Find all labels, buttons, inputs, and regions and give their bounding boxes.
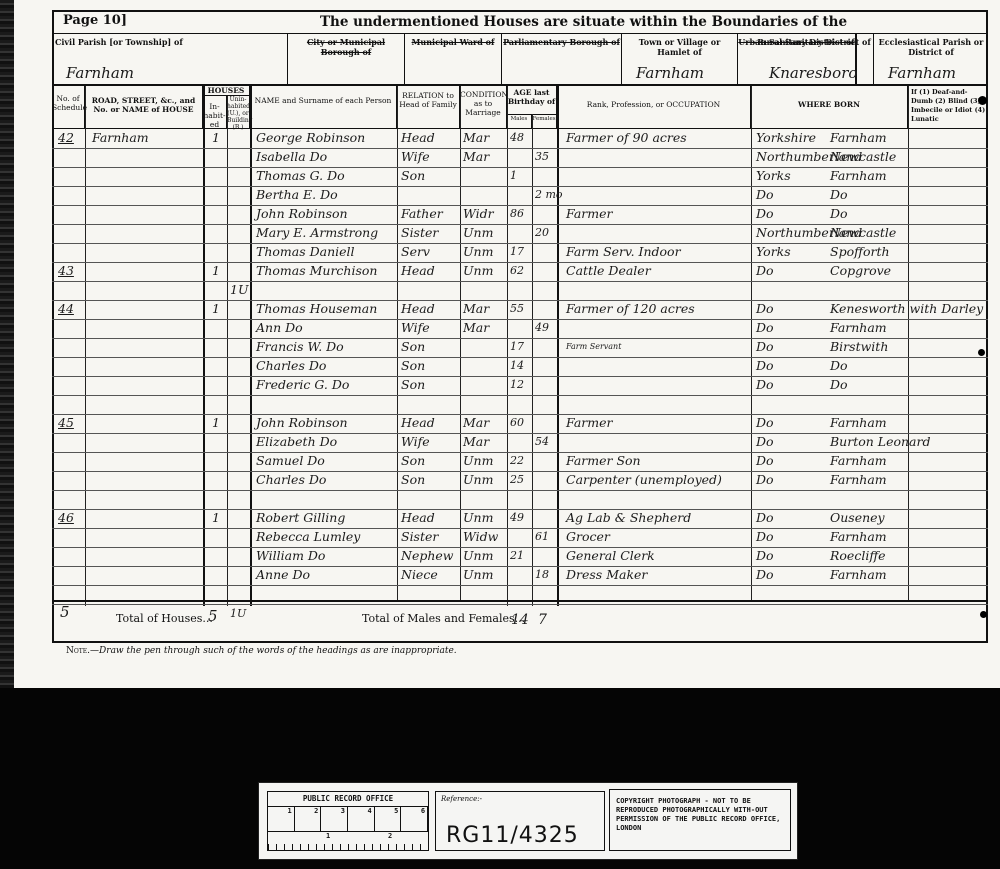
relation-cell: Son xyxy=(401,472,425,488)
ruler: 1 2 xyxy=(268,832,428,850)
female-age-cell: 61 xyxy=(535,529,549,545)
col-relation: RELATION to Head of Family xyxy=(397,86,460,128)
scale-number: 4 xyxy=(348,807,375,831)
scale-number: 1 xyxy=(268,807,295,831)
born-county-cell: Do xyxy=(756,472,774,488)
boundary-label: Municipal Ward of xyxy=(405,34,501,47)
female-age-cell: 54 xyxy=(535,434,549,450)
relation-cell: Nephew xyxy=(401,548,453,564)
col-infirmity: If (1) Deaf-and-Dumb (2) Blind (3) Imbec… xyxy=(908,86,988,128)
born-place-cell: Do xyxy=(830,358,848,374)
male-age-cell: 86 xyxy=(510,206,524,222)
born-county-cell: Do xyxy=(756,453,774,469)
born-place-cell: Farnham xyxy=(830,567,887,583)
name-cell: Isabella Do xyxy=(256,149,327,165)
condition-cell: Unm xyxy=(463,567,493,583)
condition-cell: Widr xyxy=(463,206,494,222)
column-divider xyxy=(227,96,228,606)
inhabited-cell: 1 xyxy=(212,415,220,431)
scale-number: 6 xyxy=(401,807,428,831)
page-number: Page 10] xyxy=(63,13,127,28)
name-cell: Thomas Houseman xyxy=(256,301,377,317)
note-prefix: Note. xyxy=(66,646,90,656)
male-age-cell: 22 xyxy=(510,453,524,469)
name-cell: Thomas Murchison xyxy=(256,263,377,279)
relation-cell: Serv xyxy=(401,244,430,260)
male-age-cell: 48 xyxy=(510,130,524,146)
occupation-cell: Farm Serv. Indoor xyxy=(566,244,681,260)
condition-cell: Mar xyxy=(463,434,489,450)
occupation-cell: Dress Maker xyxy=(566,567,647,583)
name-cell: Thomas Daniell xyxy=(256,244,355,260)
relation-cell: Sister xyxy=(401,225,438,241)
pro-reference-slip: PUBLIC RECORD OFFICE 1 2 3 4 5 6 1 2 Ref… xyxy=(258,782,798,860)
row-divider xyxy=(52,604,988,605)
boundary-value: Farnham xyxy=(66,64,134,82)
born-county-cell: Do xyxy=(756,415,774,431)
boundary-label: Town or Village or Hamlet of xyxy=(622,34,737,57)
col-houses: HOUSES xyxy=(203,86,250,96)
born-county-cell: Do xyxy=(756,434,774,450)
column-divider xyxy=(397,86,398,600)
female-age-cell: 49 xyxy=(535,320,549,336)
occupation-cell: Farmer of 120 acres xyxy=(566,301,695,317)
boundary-label: Ecclesiastical Parish or District of xyxy=(874,34,988,57)
born-county-cell: Do xyxy=(756,548,774,564)
name-cell: Charles Do xyxy=(256,472,326,488)
born-county-cell: Do xyxy=(756,358,774,374)
born-place-cell: Do xyxy=(830,187,848,203)
born-county-cell: Do xyxy=(756,377,774,393)
inhabited-cell: 1 xyxy=(212,301,220,317)
female-age-cell: 2 mo xyxy=(535,187,563,203)
uninhabited-cell: 1U xyxy=(230,282,249,298)
born-place-cell: Farnham xyxy=(830,168,887,184)
born-county-cell: Do xyxy=(756,301,774,317)
col-uninhabited: Unin-habited (U.), or Building (B.) xyxy=(227,96,250,128)
male-age-cell: 62 xyxy=(510,263,524,279)
born-county-cell: Do xyxy=(756,263,774,279)
name-cell: Elizabeth Do xyxy=(256,434,337,450)
born-place-cell: Do xyxy=(830,206,848,222)
female-age-cell: 18 xyxy=(535,567,549,583)
born-place-cell: Roecliffe xyxy=(830,548,886,564)
name-cell: Anne Do xyxy=(256,567,310,583)
note-text: —Draw the pen through such of the words … xyxy=(90,646,457,656)
relation-cell: Son xyxy=(401,377,425,393)
male-age-cell: 49 xyxy=(510,510,524,526)
boundary-rural-sanitary: Rural Sanitary District of Knaresboro xyxy=(755,34,873,84)
relation-cell: Wife xyxy=(401,434,430,450)
born-place-cell: Kenesworth with Darley xyxy=(830,301,983,317)
name-cell: John Robinson xyxy=(256,206,348,222)
male-age-cell: 17 xyxy=(510,339,524,355)
occupation-cell: Grocer xyxy=(566,529,610,545)
relation-cell: Son xyxy=(401,358,425,374)
born-place-cell: Birstwith xyxy=(830,339,888,355)
schedule-cell: 42 xyxy=(58,130,74,146)
relation-cell: Head xyxy=(401,510,435,526)
relation-cell: Wife xyxy=(401,149,430,165)
total-females: 7 xyxy=(538,612,547,628)
condition-cell: Unm xyxy=(463,548,493,564)
boundary-village: Town or Village or Hamlet of Farnham xyxy=(622,34,738,84)
occupation-cell: Farm Servant xyxy=(566,339,621,355)
condition-cell: Mar xyxy=(463,320,489,336)
boundary-parliamentary-borough: Parliamentary Borough of xyxy=(502,34,622,84)
boundary-value: Farnham xyxy=(636,64,704,82)
relation-cell: Son xyxy=(401,168,425,184)
boundary-ecclesiastical: Ecclesiastical Parish or District of Far… xyxy=(873,34,988,84)
boundary-civil-parish: Civil Parish [or Township] of Farnham xyxy=(52,34,288,84)
scale-number: 3 xyxy=(321,807,348,831)
inhabited-cell: 1 xyxy=(212,263,220,279)
boundary-municipal-borough: City or Municipal Borough of xyxy=(288,34,405,84)
relation-cell: Son xyxy=(401,339,425,355)
boundary-value: Knaresboro xyxy=(769,64,857,82)
occupation-cell: Cattle Dealer xyxy=(566,263,651,279)
total-uninhabited: 1U xyxy=(230,606,246,622)
born-place-cell: Do xyxy=(830,377,848,393)
born-place-cell: Farnham xyxy=(830,472,887,488)
female-age-cell: 20 xyxy=(535,225,549,241)
schedule-cell: 44 xyxy=(58,301,74,317)
born-place-cell: Farnham xyxy=(830,529,887,545)
male-age-cell: 55 xyxy=(510,301,524,317)
reference-box: Reference:- RG11/4325 xyxy=(435,791,605,851)
born-place-cell: Farnham xyxy=(830,130,887,146)
condition-cell: Unm xyxy=(463,244,493,260)
born-place-cell: Farnham xyxy=(830,320,887,336)
male-age-cell: 17 xyxy=(510,244,524,260)
born-place-cell: Farnham xyxy=(830,415,887,431)
total-houses-label: Total of Houses... xyxy=(116,612,213,625)
column-divider xyxy=(532,114,533,606)
born-county-cell: Do xyxy=(756,529,774,545)
relation-cell: Head xyxy=(401,301,435,317)
occupation-cell: Farmer xyxy=(566,206,612,222)
ruler-number: 1 xyxy=(326,832,330,840)
pro-scale-box: PUBLIC RECORD OFFICE 1 2 3 4 5 6 1 2 xyxy=(267,791,429,851)
page-title: The undermentioned Houses are situate wi… xyxy=(320,14,847,30)
born-county-cell: Do xyxy=(756,567,774,583)
name-cell: Ann Do xyxy=(256,320,303,336)
relation-cell: Sister xyxy=(401,529,438,545)
relation-cell: Head xyxy=(401,130,435,146)
col-name: NAME and Surname of each Person xyxy=(250,86,397,128)
condition-cell: Unm xyxy=(463,225,493,241)
column-divider xyxy=(460,86,461,600)
born-place-cell: Newcastle xyxy=(830,149,896,165)
road-cell: Farnham xyxy=(92,130,149,146)
col-schedule: No. of Schedule xyxy=(52,86,85,128)
relation-cell: Head xyxy=(401,415,435,431)
punch-hole xyxy=(978,349,985,356)
born-county-cell: Do xyxy=(756,339,774,355)
total-persons-label: Total of Males and Females... xyxy=(362,612,525,625)
condition-cell: Mar xyxy=(463,130,489,146)
name-cell: Bertha E. Do xyxy=(256,187,338,203)
born-county-cell: Yorks xyxy=(756,244,791,260)
col-age: AGE last Birthday of xyxy=(507,86,557,114)
name-cell: Frederic G. Do xyxy=(256,377,349,393)
punch-hole xyxy=(978,96,987,105)
relation-cell: Niece xyxy=(401,567,438,583)
male-age-cell: 60 xyxy=(510,415,524,431)
relation-cell: Father xyxy=(401,206,443,222)
born-place-cell: Burton Leonard xyxy=(830,434,931,450)
occupation-cell: Ag Lab & Shepherd xyxy=(566,510,691,526)
male-age-cell: 21 xyxy=(510,548,524,564)
scale-number: 2 xyxy=(295,807,322,831)
row-divider xyxy=(52,585,988,586)
name-cell: Mary E. Armstrong xyxy=(256,225,378,241)
reference-label: Reference:- xyxy=(436,792,604,803)
row-divider xyxy=(52,490,988,491)
relation-cell: Wife xyxy=(401,320,430,336)
name-cell: John Robinson xyxy=(256,415,348,431)
schedule-cell: 46 xyxy=(58,510,74,526)
inhabited-cell: 1 xyxy=(212,130,220,146)
female-age-cell: 35 xyxy=(535,149,549,165)
occupation-cell: General Clerk xyxy=(566,548,655,564)
col-road: ROAD, STREET, &c., and No. or NAME of HO… xyxy=(85,86,203,128)
boundary-label: Rural Sanitary District of xyxy=(755,34,873,47)
paper-edge xyxy=(0,0,14,700)
row-divider xyxy=(52,395,988,396)
col-females: Females xyxy=(532,114,557,128)
name-cell: William Do xyxy=(256,548,325,564)
divider xyxy=(52,600,988,602)
male-age-cell: 1 xyxy=(510,168,517,184)
reference-value: RG11/4325 xyxy=(446,823,579,848)
footnote: Note.—Draw the pen through such of the w… xyxy=(66,646,457,656)
row-divider xyxy=(52,281,988,282)
born-county-cell: Do xyxy=(756,187,774,203)
inhabited-cell: 1 xyxy=(212,510,220,526)
relation-cell: Son xyxy=(401,453,425,469)
scale-number: 5 xyxy=(375,807,402,831)
name-cell: Rebecca Lumley xyxy=(256,529,360,545)
male-age-cell: 14 xyxy=(510,358,524,374)
condition-cell: Mar xyxy=(463,301,489,317)
male-age-cell: 12 xyxy=(510,377,524,393)
born-county-cell: Do xyxy=(756,206,774,222)
boundary-label: Civil Parish [or Township] of xyxy=(52,34,287,47)
pro-office-label: PUBLIC RECORD OFFICE xyxy=(268,792,428,807)
total-inhabited: 5 xyxy=(208,608,218,624)
born-place-cell: Farnham xyxy=(830,453,887,469)
boundary-label: City or Municipal Borough of xyxy=(288,34,404,57)
male-age-cell: 25 xyxy=(510,472,524,488)
copyright-notice: COPYRIGHT PHOTOGRAPH - NOT TO BE REPRODU… xyxy=(609,789,791,851)
condition-cell: Unm xyxy=(463,472,493,488)
born-county-cell: Do xyxy=(756,320,774,336)
condition-cell: Widw xyxy=(463,529,498,545)
col-occupation: Rank, Profession, or OCCUPATION xyxy=(557,86,751,128)
born-county-cell: Do xyxy=(756,510,774,526)
divider xyxy=(52,128,988,129)
boundary-label: Parliamentary Borough of xyxy=(502,34,621,47)
col-where-born: WHERE BORN xyxy=(751,86,908,128)
total-males: 14 xyxy=(511,612,529,628)
condition-cell: Unm xyxy=(463,453,493,469)
ruler-number: 2 xyxy=(388,832,392,840)
occupation-cell: Carpenter (unemployed) xyxy=(566,472,722,488)
punch-hole xyxy=(980,611,987,618)
column-divider xyxy=(751,86,752,600)
occupation-cell: Farmer Son xyxy=(566,453,641,469)
name-cell: Francis W. Do xyxy=(256,339,344,355)
name-cell: Thomas G. Do xyxy=(256,168,345,184)
name-cell: Charles Do xyxy=(256,358,326,374)
relation-cell: Head xyxy=(401,263,435,279)
born-place-cell: Newcastle xyxy=(830,225,896,241)
name-cell: George Robinson xyxy=(256,130,365,146)
occupation-cell: Farmer xyxy=(566,415,612,431)
condition-cell: Unm xyxy=(463,510,493,526)
condition-cell: Mar xyxy=(463,149,489,165)
born-county-cell: Yorks xyxy=(756,168,791,184)
col-condition: CONDITION as to Marriage xyxy=(460,86,507,128)
col-males: Males xyxy=(507,114,532,128)
boundary-value: Farnham xyxy=(888,64,956,82)
born-place-cell: Ouseney xyxy=(830,510,885,526)
occupation-cell: Farmer of 90 acres xyxy=(566,130,687,146)
name-cell: Samuel Do xyxy=(256,453,325,469)
schedule-cell: 43 xyxy=(58,263,74,279)
born-place-cell: Spofforth xyxy=(830,244,890,260)
schedule-cell: 45 xyxy=(58,415,74,431)
condition-cell: Mar xyxy=(463,415,489,431)
col-inhabited: In-habit-ed xyxy=(203,96,227,128)
column-divider xyxy=(908,86,909,600)
scale-numbers: 1 2 3 4 5 6 xyxy=(268,807,428,832)
born-place-cell: Copgrove xyxy=(830,263,891,279)
boundary-municipal-ward: Municipal Ward of xyxy=(405,34,502,84)
condition-cell: Unm xyxy=(463,263,493,279)
name-cell: Robert Gilling xyxy=(256,510,345,526)
total-schedules: 5 xyxy=(60,604,70,620)
born-county-cell: Yorkshire xyxy=(756,130,816,146)
